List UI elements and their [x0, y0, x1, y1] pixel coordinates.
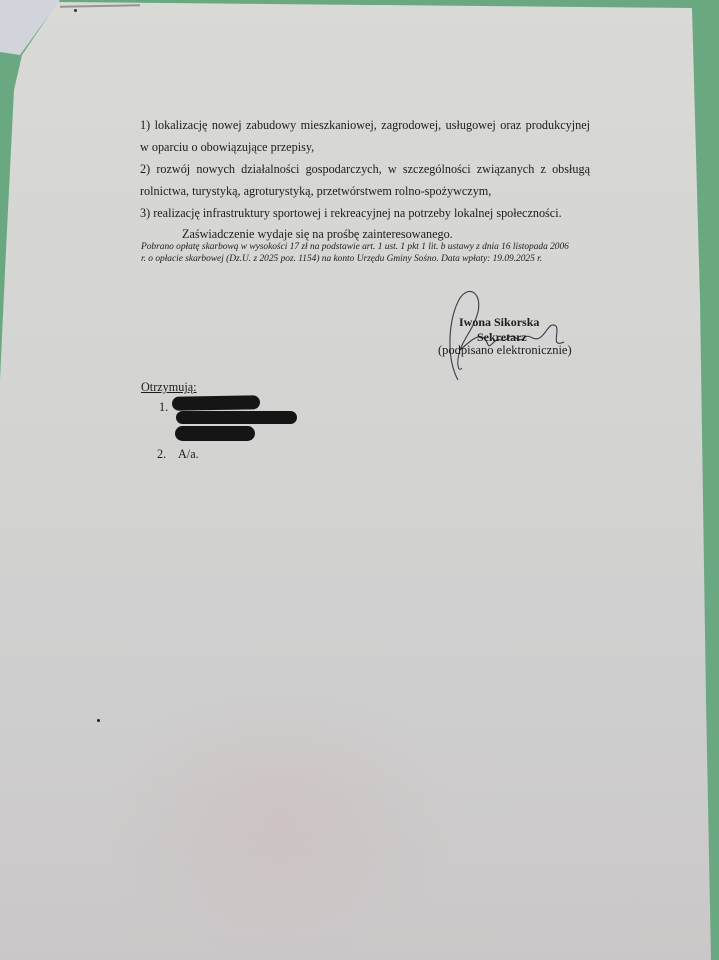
redaction-bar [176, 411, 297, 424]
recipient-2-number: 2. [157, 447, 166, 462]
item-1-line-2: w oparciu o obowiązujące przepisy, [140, 140, 314, 155]
redaction-bar [175, 426, 255, 441]
ink-dot [74, 9, 77, 12]
item-2-line-2: rolnictwa, turystyką, agroturystyką, prz… [140, 184, 491, 199]
signature-note: (podpisano elektronicznie) [438, 343, 572, 358]
signatory-name: Iwona Sikorska [459, 315, 539, 330]
redaction-bar [172, 395, 260, 411]
fee-note-line-1: Pobrano opłatę skarbową w wysokości 17 z… [141, 242, 569, 252]
item-1-line-1: 1) lokalizację nowej zabudowy mieszkanio… [140, 118, 590, 133]
recipients-heading: Otrzymują: [141, 380, 197, 395]
item-3-line-1: 3) realizację infrastruktury sportowej i… [140, 206, 562, 221]
ink-dot [97, 719, 100, 722]
item-2-line-1: 2) rozwój nowych działalności gospodarcz… [140, 162, 590, 177]
recipient-2-value: A/a. [178, 447, 199, 462]
closing-sentence: Zaświadczenie wydaje się na prośbę zaint… [182, 227, 453, 242]
fee-note-line-2: r. o opłacie skarbowej (Dz.U. z 2025 poz… [141, 254, 542, 264]
shadow-area [100, 680, 460, 960]
recipient-1-number: 1. [159, 400, 168, 415]
